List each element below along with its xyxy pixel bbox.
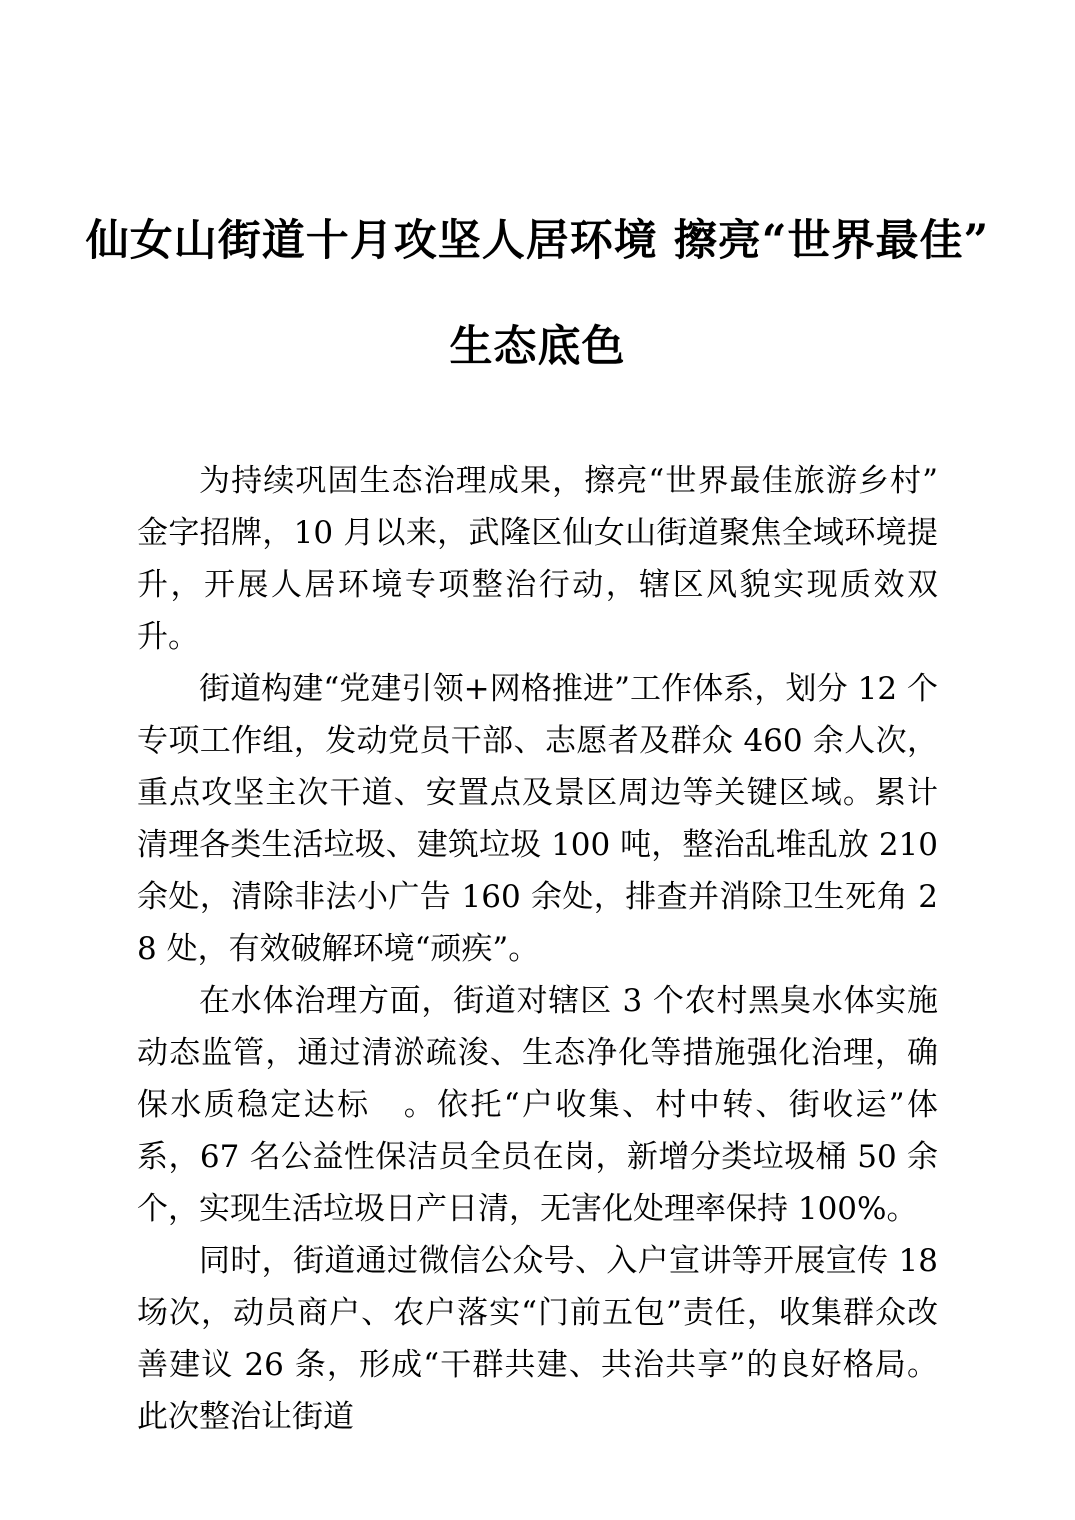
paragraph-water-treatment: 在水体治理方面，街道对辖区 3 个农村黑臭水体实施动态监管，通过清淤疏浚、生态净… [137,975,938,1235]
paragraph-intro: 为持续巩固生态治理成果，擦亮“世界最佳旅游乡村”金字招牌，10 月以来，武隆区仙… [137,455,938,663]
paragraph-publicity: 同时，街道通过微信公众号、入户宣讲等开展宣传 18 场次，动员商户、农户落实“门… [137,1235,938,1443]
paragraph-work-system: 街道构建“党建引领+网格推进”工作体系，划分 12 个专项工作组，发动党员干部、… [137,663,938,975]
title-line-2: 生态底色 [0,294,1075,400]
title-line-1: 仙女山街道十月攻坚人居环境 擦亮“世界最佳” [0,188,1075,294]
document-page: 仙女山街道十月攻坚人居环境 擦亮“世界最佳” 生态底色 为持续巩固生态治理成果，… [0,0,1075,1520]
document-title: 仙女山街道十月攻坚人居环境 擦亮“世界最佳” 生态底色 [0,0,1075,400]
document-body: 为持续巩固生态治理成果，擦亮“世界最佳旅游乡村”金字招牌，10 月以来，武隆区仙… [0,455,1075,1443]
